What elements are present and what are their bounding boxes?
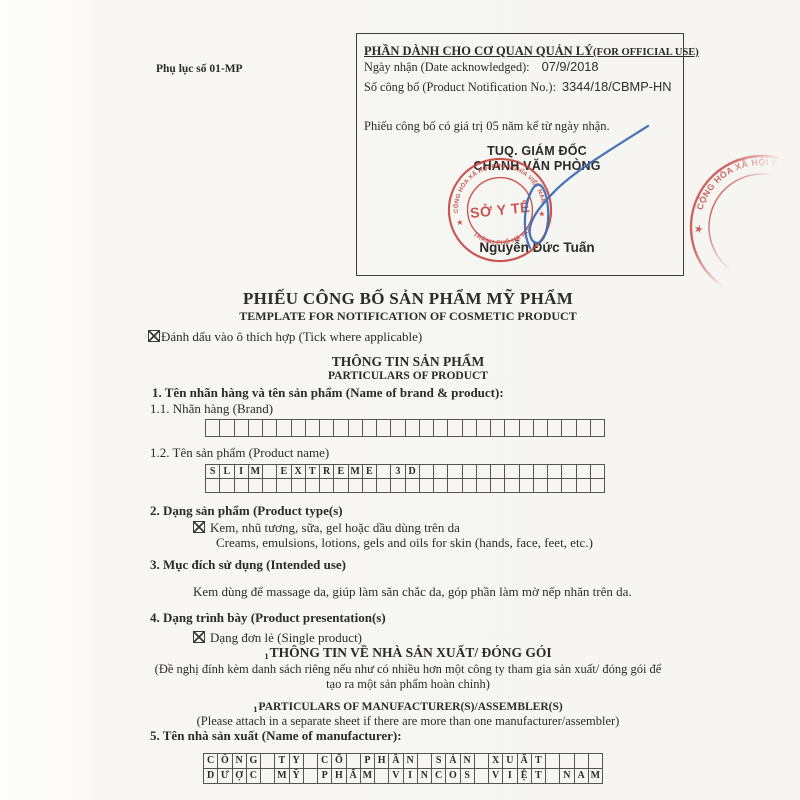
- product-info-title-en: PARTICULARS OF PRODUCT: [16, 370, 800, 382]
- char-cell: [546, 754, 559, 768]
- char-cell: N: [404, 754, 417, 768]
- tick-note-text: Đánh dấu vào ô thích hợp (Tick where app…: [161, 329, 422, 344]
- char-cell: Ấ: [518, 754, 531, 768]
- char-cell: [546, 769, 559, 783]
- char-cell: [534, 465, 547, 478]
- char-cell: [463, 420, 476, 436]
- char-cell: S: [432, 754, 445, 768]
- char-cell: X: [292, 465, 305, 478]
- char-cell: Ầ: [389, 754, 402, 768]
- char-cell: [306, 420, 319, 436]
- char-cell: U: [503, 754, 516, 768]
- char-cell: N: [560, 769, 573, 783]
- char-cell: [235, 420, 248, 436]
- char-cell: [377, 479, 390, 492]
- char-cell: [534, 420, 547, 436]
- item4-option-text: Dạng đơn lẻ (Single product): [210, 630, 362, 645]
- manufacturer-section-title-vi: 1THÔNG TIN VỀ NHÀ SẢN XUẤT/ ĐÓNG GÓI: [16, 645, 800, 661]
- signature-stroke: [470, 118, 670, 268]
- item5-label: 5. Tên nhà sản xuất (Name of manufacture…: [150, 728, 402, 744]
- char-cell: [463, 479, 476, 492]
- char-cell: [363, 420, 376, 436]
- char-cell: [334, 420, 347, 436]
- item1-2-label: 1.2. Tên sản phẩm (Product name): [150, 445, 329, 461]
- official-use-title-en: (FOR OFFICIAL USE): [593, 47, 699, 58]
- char-cell: [263, 479, 276, 492]
- char-cell: [277, 479, 290, 492]
- char-cell: M: [275, 769, 288, 783]
- char-cell: [206, 479, 219, 492]
- stamp-star-left-icon: ★: [456, 218, 464, 228]
- char-cell: [334, 479, 347, 492]
- official-use-title-vi: PHẦN DÀNH CHO CƠ QUAN QUẢN LÝ: [364, 44, 593, 58]
- char-cell: G: [247, 754, 260, 768]
- char-cell: H: [332, 769, 345, 783]
- char-cell: [448, 465, 461, 478]
- char-cell: N: [418, 769, 431, 783]
- char-cell: E: [363, 465, 376, 478]
- char-cell: [560, 754, 573, 768]
- char-cell: [577, 479, 590, 492]
- char-cell: [263, 465, 276, 478]
- char-cell: D: [406, 465, 419, 478]
- char-cell: [304, 754, 317, 768]
- char-cell: [577, 420, 590, 436]
- char-cell: [505, 465, 518, 478]
- item2-option: Kem, nhũ tương, sữa, gel hoặc dầu dùng t…: [193, 520, 460, 536]
- char-cell: [434, 479, 447, 492]
- char-cell: [391, 479, 404, 492]
- char-cell: [534, 479, 547, 492]
- char-cell: [420, 420, 433, 436]
- char-cell: [434, 465, 447, 478]
- char-cell: N: [461, 754, 474, 768]
- char-cell: M: [589, 769, 602, 783]
- date-acknowledged-row: Ngày nhận (Date acknowledged): 07/9/2018: [364, 59, 599, 75]
- char-cell: N: [233, 754, 246, 768]
- item3-label: 3. Mục đích sử dụng (Intended use): [150, 557, 346, 573]
- char-cell: [589, 754, 602, 768]
- char-cell: [463, 465, 476, 478]
- char-cell: Ỹ: [290, 769, 303, 783]
- char-cell: [320, 479, 333, 492]
- char-cell: [406, 479, 419, 492]
- char-cell: 3: [391, 465, 404, 478]
- char-cell: [520, 465, 533, 478]
- manufacturer-char-grid: CÔNGTYCỔPHẦNSẢNXUẤTDƯỢCMỸPHẨMVINCOSVIỆTN…: [203, 753, 603, 784]
- char-cell: [220, 420, 233, 436]
- checkbox-checked-icon: [193, 631, 205, 643]
- document-title-vi: PHIẾU CÔNG BỐ SẢN PHẨM MỸ PHẨM: [16, 289, 800, 309]
- item4-label: 4. Dạng trình bày (Product presentation(…: [150, 610, 386, 626]
- char-cell: [505, 420, 518, 436]
- notification-number-value: 3344/18/CBMP-HN: [562, 79, 672, 94]
- char-cell: Ổ: [332, 754, 345, 768]
- char-cell: Ợ: [233, 769, 246, 783]
- char-cell: [277, 420, 290, 436]
- char-cell: T: [532, 754, 545, 768]
- char-cell: Ệ: [518, 769, 531, 783]
- tick-note: Đánh dấu vào ô thích hợp (Tick where app…: [148, 329, 422, 345]
- char-cell: [575, 754, 588, 768]
- item1-1-label: 1.1. Nhãn hàng (Brand): [150, 401, 273, 417]
- char-cell: [375, 769, 388, 783]
- char-cell: A: [575, 769, 588, 783]
- char-cell: [591, 420, 604, 436]
- char-cell: Ả: [446, 754, 459, 768]
- char-cell: [491, 465, 504, 478]
- scanned-document-page: Phụ lục số 01-MP PHẦN DÀNH CHO CƠ QUAN Q…: [0, 0, 800, 800]
- char-cell: V: [389, 769, 402, 783]
- char-cell: [263, 420, 276, 436]
- item1-label: 1. Tên nhãn hàng và tên sản phẩm (Name o…: [152, 385, 504, 401]
- char-cell: [520, 420, 533, 436]
- char-cell: S: [206, 465, 219, 478]
- date-acknowledged-label: Ngày nhận (Date acknowledged):: [364, 60, 530, 75]
- char-cell: X: [489, 754, 502, 768]
- char-cell: L: [220, 465, 233, 478]
- item2-option-en: Creams, emulsions, lotions, gels and oil…: [216, 535, 593, 551]
- char-cell: Ô: [218, 754, 231, 768]
- char-cell: [434, 420, 447, 436]
- char-cell: [491, 420, 504, 436]
- checkbox-checked-icon: [148, 330, 160, 342]
- char-cell: [420, 479, 433, 492]
- manufacturer-note-vi-line1: (Đề nghị đính kèm danh sách riêng nếu nh…: [16, 662, 800, 677]
- char-cell: [235, 479, 248, 492]
- char-cell: M: [361, 769, 374, 783]
- notification-number-row: Số công bố (Product Notification No.): 3…: [364, 79, 671, 95]
- char-cell: [306, 479, 319, 492]
- footnote-marker: 1: [264, 651, 268, 661]
- char-cell: [548, 420, 561, 436]
- char-cell: T: [275, 754, 288, 768]
- char-cell: [562, 479, 575, 492]
- char-cell: [477, 479, 490, 492]
- char-cell: [391, 420, 404, 436]
- char-cell: C: [247, 769, 260, 783]
- char-cell: Ẩ: [347, 769, 360, 783]
- char-cell: [448, 420, 461, 436]
- char-cell: [477, 420, 490, 436]
- char-cell: [418, 754, 431, 768]
- date-acknowledged-value: 07/9/2018: [542, 59, 599, 74]
- char-cell: Y: [290, 754, 303, 768]
- char-cell: [520, 479, 533, 492]
- char-cell: [261, 769, 274, 783]
- char-cell: C: [432, 769, 445, 783]
- char-cell: [377, 465, 390, 478]
- char-cell: O: [446, 769, 459, 783]
- appendix-label: Phụ lục số 01-MP: [156, 63, 243, 75]
- char-cell: [548, 465, 561, 478]
- partial-stamp-star-icon: ★: [692, 222, 705, 237]
- item4-option: Dạng đơn lẻ (Single product): [193, 630, 362, 646]
- char-cell: Ư: [218, 769, 231, 783]
- char-cell: E: [277, 465, 290, 478]
- intended-use-text: Kem dùng để massage da, giúp làm săn chắ…: [193, 584, 632, 600]
- official-use-title: PHẦN DÀNH CHO CƠ QUAN QUẢN LÝ(FOR OFFICI…: [364, 43, 699, 59]
- char-cell: E: [334, 465, 347, 478]
- char-cell: [505, 479, 518, 492]
- document-title-en: TEMPLATE FOR NOTIFICATION OF COSMETIC PR…: [16, 309, 800, 324]
- char-cell: M: [349, 465, 362, 478]
- item2-label: 2. Dạng sản phẩm (Product type(s): [150, 503, 343, 519]
- char-cell: [292, 420, 305, 436]
- char-cell: [347, 754, 360, 768]
- char-cell: R: [320, 465, 333, 478]
- manufacturer-note-en: (Please attach in a separate sheet if th…: [16, 714, 800, 729]
- char-cell: H: [375, 754, 388, 768]
- char-cell: [220, 479, 233, 492]
- checkbox-checked-icon: [193, 521, 205, 533]
- manufacturer-title-en-text: PARTICULARS OF MANUFACTURER(S)/ASSEMBLER…: [259, 701, 563, 713]
- char-cell: C: [204, 754, 217, 768]
- char-cell: [562, 465, 575, 478]
- char-cell: [591, 479, 604, 492]
- char-cell: [477, 465, 490, 478]
- char-cell: P: [318, 769, 331, 783]
- manufacturer-note-vi-line2: tạo ra một sản phẩm hoàn chỉnh): [16, 677, 800, 692]
- char-cell: [420, 465, 433, 478]
- char-cell: T: [306, 465, 319, 478]
- char-cell: [249, 479, 262, 492]
- char-cell: [475, 769, 488, 783]
- char-cell: [377, 420, 390, 436]
- char-cell: [406, 420, 419, 436]
- item2-option-text: Kem, nhũ tương, sữa, gel hoặc dầu dùng t…: [210, 520, 460, 535]
- char-cell: [349, 479, 362, 492]
- char-cell: [548, 479, 561, 492]
- char-cell: [320, 420, 333, 436]
- char-cell: [349, 420, 362, 436]
- char-cell: P: [361, 754, 374, 768]
- char-cell: I: [404, 769, 417, 783]
- char-cell: [475, 754, 488, 768]
- product-name-char-grid: SLIMEXTREME3D: [205, 464, 605, 493]
- char-cell: [448, 479, 461, 492]
- char-cell: M: [249, 465, 262, 478]
- brand-char-grid: [205, 419, 605, 437]
- char-cell: S: [461, 769, 474, 783]
- char-cell: C: [318, 754, 331, 768]
- manufacturer-title-vi-text: THÔNG TIN VỀ NHÀ SẢN XUẤT/ ĐÓNG GÓI: [270, 645, 552, 660]
- char-cell: [206, 420, 219, 436]
- char-cell: V: [489, 769, 502, 783]
- char-cell: [304, 769, 317, 783]
- char-cell: [591, 465, 604, 478]
- manufacturer-section-title-en: 1PARTICULARS OF MANUFACTURER(S)/ASSEMBLE…: [16, 701, 800, 714]
- char-cell: [261, 754, 274, 768]
- char-cell: [491, 479, 504, 492]
- product-info-title-vi: THÔNG TIN SẢN PHẨM: [16, 354, 800, 370]
- footnote-marker: 1: [253, 704, 257, 714]
- char-cell: [363, 479, 376, 492]
- char-cell: T: [532, 769, 545, 783]
- char-cell: [577, 465, 590, 478]
- char-cell: I: [235, 465, 248, 478]
- char-cell: [249, 420, 262, 436]
- char-cell: [562, 420, 575, 436]
- char-cell: [292, 479, 305, 492]
- char-cell: I: [503, 769, 516, 783]
- notification-number-label: Số công bố (Product Notification No.):: [364, 80, 556, 95]
- char-cell: D: [204, 769, 217, 783]
